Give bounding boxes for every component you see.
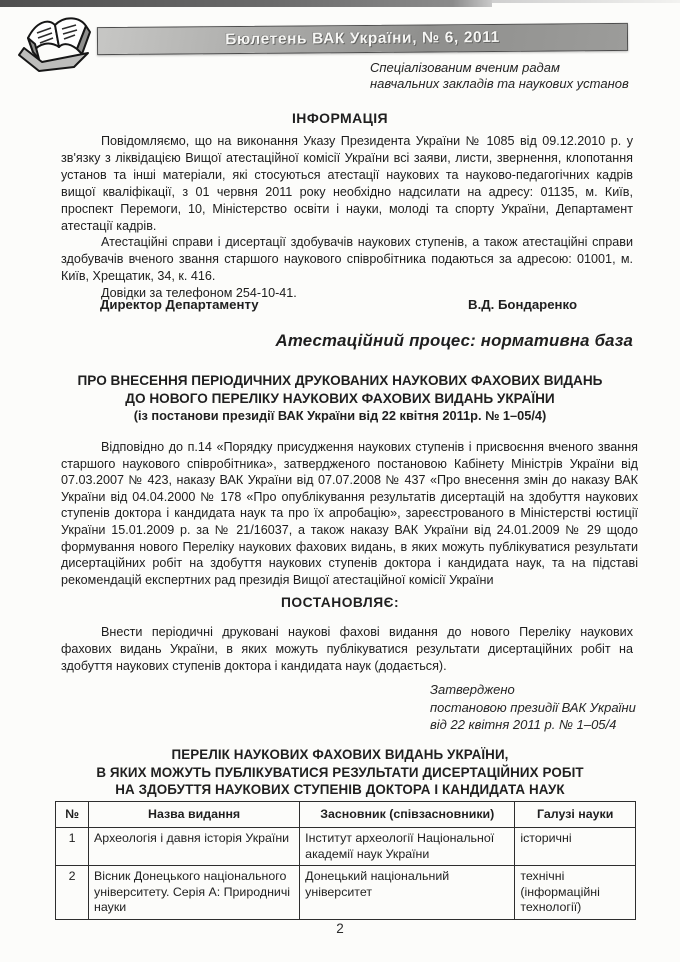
info-body: Повідомляємо, що на виконання Указу През… — [61, 133, 633, 302]
info-heading: ІНФОРМАЦІЯ — [40, 110, 640, 126]
cell-science-branches: історичні — [515, 828, 636, 866]
header-founder: Засновник (співзасновники) — [300, 802, 515, 828]
cell-founder: Інститут археології Національної академі… — [300, 828, 515, 866]
scan-edge-artifact — [0, 0, 492, 7]
dedication-line-1: Спеціалізованим вченим радам — [370, 60, 629, 76]
resolves-heading: ПОСТАНОВЛЯЄ: — [40, 595, 640, 610]
approval-line-3: від 22 квітня 2011 р. № 1–05/4 — [430, 716, 636, 734]
journals-table: № Назва видання Засновник (співзасновник… — [55, 801, 636, 920]
decree-title-line-3: (із постанови президії ВАК України від 2… — [40, 407, 640, 425]
decree-body: Відповідно до п.14 «Порядку присудження … — [61, 439, 638, 588]
masthead-title: Бюлетень ВАК України, № 6, 2011 — [225, 29, 500, 49]
cell-founder: Донецький національний університет — [300, 866, 515, 920]
page-number: 2 — [0, 921, 680, 936]
cell-number: 1 — [56, 828, 89, 866]
signature-name: В.Д. Бондаренко — [468, 297, 577, 312]
list-title-line-1: ПЕРЕЛІК НАУКОВИХ ФАХОВИХ ВИДАНЬ УКРАЇНИ, — [40, 746, 640, 764]
resolution-body: Внести періодичні друковані наукові фахо… — [61, 624, 633, 675]
header-publication-name: Назва видання — [89, 802, 300, 828]
section-heading: Атестаційний процес: нормативна база — [61, 331, 633, 351]
list-title-line-2: В ЯКИХ МОЖУТЬ ПУБЛІКУВАТИСЯ РЕЗУЛЬТАТИ Д… — [40, 764, 640, 782]
approval-block: Затверджено постановою президії ВАК Укра… — [430, 681, 636, 734]
approval-line-2: постановою президії ВАК України — [430, 699, 636, 717]
decree-title-line-2: ДО НОВОГО ПЕРЕЛІКУ НАУКОВИХ ФАХОВИХ ВИДА… — [40, 390, 640, 408]
info-paragraph-2: Атестаційні справи і дисертації здобувач… — [61, 234, 633, 285]
dedication-line-2: навчальних закладів та наукових установ — [370, 76, 629, 92]
resolution-paragraph: Внести періодичні друковані наукові фахо… — [61, 624, 633, 675]
cell-number: 2 — [56, 866, 89, 920]
header-science-branches: Галузі науки — [515, 802, 636, 828]
books-icon — [12, 8, 98, 74]
cell-publication-name: Археологія і давня історія України — [89, 828, 300, 866]
table-header-row: № Назва видання Засновник (співзасновник… — [56, 802, 636, 828]
list-title: ПЕРЕЛІК НАУКОВИХ ФАХОВИХ ВИДАНЬ УКРАЇНИ,… — [40, 746, 640, 799]
scan-edge-artifact-light — [492, 0, 680, 3]
scanned-bulletin-page: Бюлетень ВАК України, № 6, 2011 Спеціалі… — [0, 0, 680, 962]
cell-science-branches: технічні (інформаційні технології) — [515, 866, 636, 920]
table-row: 2 Вісник Донецького національного універ… — [56, 866, 636, 920]
decree-title-line-1: ПРО ВНЕСЕННЯ ПЕРІОДИЧНИХ ДРУКОВАНИХ НАУК… — [40, 372, 640, 390]
cell-publication-name: Вісник Донецького національного універси… — [89, 866, 300, 920]
approval-line-1: Затверджено — [430, 681, 636, 699]
info-paragraph-1: Повідомляємо, що на виконання Указу През… — [61, 133, 633, 234]
signature-role: Директор Департаменту — [100, 297, 259, 312]
masthead-bar: Бюлетень ВАК України, № 6, 2011 — [97, 23, 628, 55]
list-title-line-3: НА ЗДОБУТТЯ НАУКОВИХ СТУПЕНІВ ДОКТОРА І … — [40, 781, 640, 799]
dedication-block: Спеціалізованим вченим радам навчальних … — [370, 60, 629, 91]
decree-title: ПРО ВНЕСЕННЯ ПЕРІОДИЧНИХ ДРУКОВАНИХ НАУК… — [40, 372, 640, 425]
header-number: № — [56, 802, 89, 828]
decree-body-paragraph: Відповідно до п.14 «Порядку присудження … — [61, 439, 638, 588]
table-row: 1 Археологія і давня історія України Інс… — [56, 828, 636, 866]
signature-row: Директор Департаменту В.Д. Бондаренко — [61, 297, 633, 312]
